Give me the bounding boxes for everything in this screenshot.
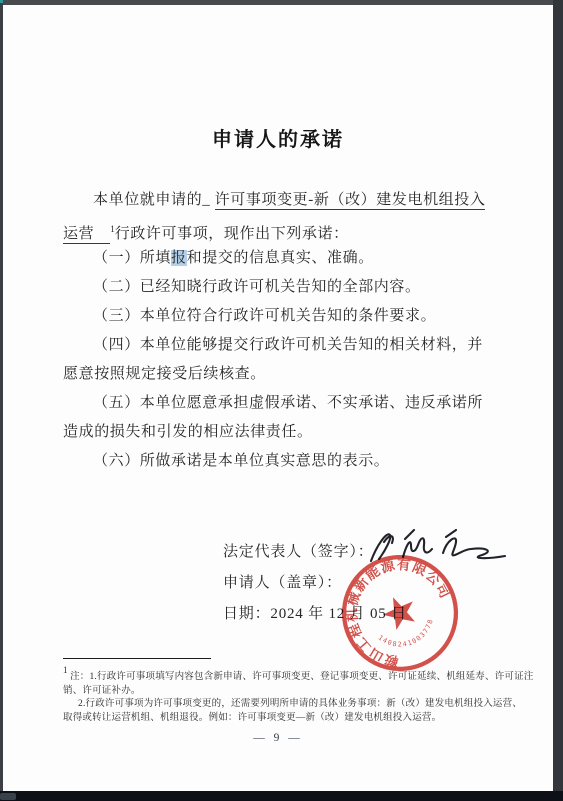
commitment-body: 本单位就申请的_ 许可事项变更-新（改）建发电机组投入 运营1行政许可事项，现作… [63,186,511,476]
footnote-marker: 1 [63,665,68,675]
intro-lead: 本单位就申请的 [93,192,202,208]
seal-star-icon [378,591,421,633]
intro-line-2: 运营1行政许可事项，现作出下列承诺： [63,215,511,244]
company-seal: 鞍山工程机械新能源有限公司 1408241003778 [339,552,461,674]
item-6: （六）所做承诺是本单位真实意思的表示。 [63,447,511,476]
fill-text-line2: 运营 [63,226,110,244]
footnote-note1-line2: 销、许可证补办。 [63,685,518,699]
item-1-post: 和提交的信息真实、准确。 [187,250,374,266]
item-4-line-2: 愿意按照规定接受后续核查。 [63,360,511,389]
item-4-line-1: （四）本单位能够提交行政许可机关告知的相关材料，并 [63,331,511,360]
footnote-note2-line2: 取得或转让运营机组、机组退役。例如：许可事项变更—新（改）建发电机组投入运营。 [63,712,518,726]
item-3: （三）本单位符合行政许可机关告知的条件要求。 [63,302,511,331]
intro-tail: 行政许可事项，现作出下列承诺： [115,226,349,242]
footnote-note1-text1: 注：1.行政许可事项填写内容包含新申请、许可事项变更、登记事项变更、许可证延续、… [70,672,533,682]
page-title: 申请人的承诺 [3,123,553,152]
scrollbar-thumb[interactable] [0,793,16,800]
item-1-pre: （一）所填 [93,250,171,266]
item-1: （一）所填报和提交的信息真实、准确。 [63,244,511,273]
footnote-block: 1 注：1.行政许可事项填写内容包含新申请、许可事项变更、登记事项变更、许可证延… [63,664,518,725]
corner-artifact [0,0,3,3]
item-1-highlighted-char: 报 [171,250,187,266]
viewer-bottom-bar [0,791,563,801]
footnote-note1-line1: 1 注：1.行政许可事项填写内容包含新申请、许可事项变更、登记事项变更、许可证延… [63,664,518,685]
page-number: — 9 — [3,732,553,744]
footnote-note2-line1: 2.行政许可事项为许可事项变更的，还需要列明所申请的具体业务事项：新（改）建发电… [63,698,518,712]
item-2: （二）已经知晓行政许可机关告知的全部内容。 [63,273,511,302]
fill-text-line1: 许可事项变更-新（改）建发电机组投入 [215,192,486,210]
item-5-line-1: （五）本单位愿意承担虚假承诺、不实承诺、违反承诺所 [63,389,511,418]
item-5-line-2: 造成的损失和引发的相应法律责任。 [63,418,511,447]
viewer-right-edge [553,0,563,791]
applicant-seal-label: 申请人（盖章）： [223,571,342,592]
document-page: 申请人的承诺 本单位就申请的_ 许可事项变更-新（改）建发电机组投入 运营1行政… [3,5,553,791]
intro-line-1: 本单位就申请的_ 许可事项变更-新（改）建发电机组投入 [63,186,511,215]
footnote-separator [63,658,211,659]
fill-blank: _ [202,192,210,208]
